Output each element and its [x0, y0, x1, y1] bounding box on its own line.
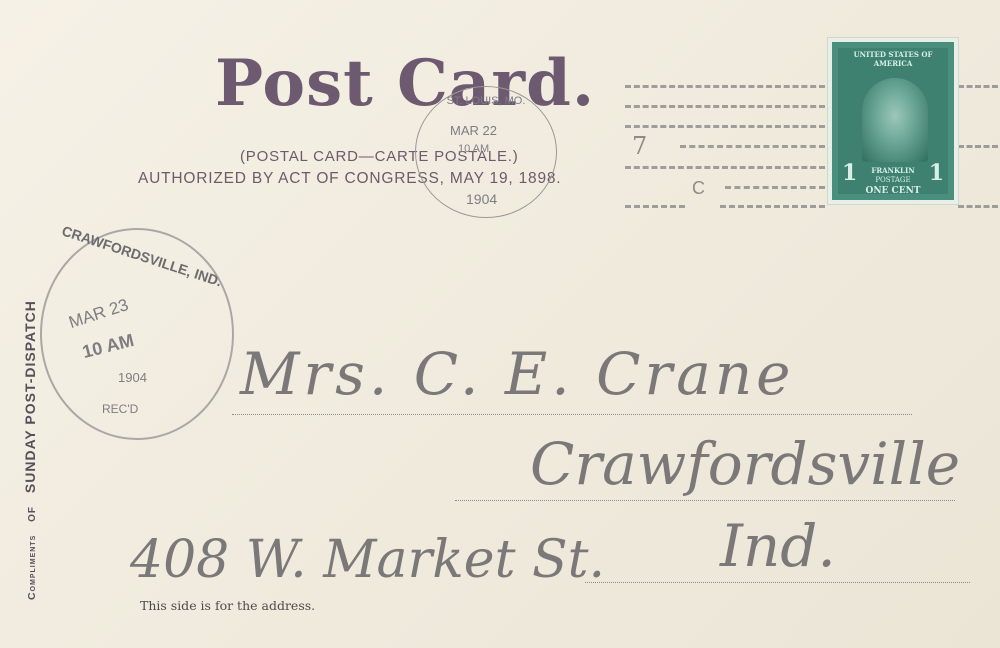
arrival-postmark-year: 1904 — [118, 370, 147, 385]
postcard: Post Card. (POSTAL CARD—CARTE POSTALE.) … — [0, 0, 1000, 648]
origin-postmark: ST. LOUIS, MO. MAR 22 10 AM 1904 — [415, 86, 557, 218]
address-city: Crawfordsville — [530, 430, 960, 498]
publisher-label: SUNDAY POST-DISPATCH — [22, 300, 38, 493]
of-label: of — [27, 506, 38, 522]
franklin-portrait-icon — [862, 78, 928, 162]
origin-postmark-time: 10 AM — [458, 143, 489, 155]
stamp-value: ONE CENT — [838, 186, 948, 196]
postal-mark-7: 7 — [632, 132, 647, 160]
cancellation-bar — [680, 145, 825, 148]
compliments-label: Compliments — [26, 535, 38, 600]
cancellation-bar — [625, 125, 825, 128]
cancellation-bar — [958, 85, 998, 88]
stamp-name: FRANKLIN — [838, 166, 948, 175]
footer-note: This side is for the address. — [140, 598, 315, 613]
arrival-postmark-time: 10 AM — [80, 330, 136, 363]
origin-postmark-date: MAR 22 — [450, 123, 497, 138]
address-line-2 — [455, 500, 955, 501]
cancellation-bar — [725, 186, 825, 189]
arrival-postmark-extra: REC'D — [102, 402, 138, 416]
address-street: 408 W. Market St. — [130, 530, 605, 590]
stamp-country: UNITED STATES OF AMERICA — [838, 50, 948, 68]
cancellation-bar — [958, 205, 998, 208]
cancellation-bar — [625, 166, 825, 169]
arrival-postmark: CRAWFORDSVILLE, IND. MAR 23 10 AM 1904 R… — [40, 228, 234, 440]
cancellation-bar — [625, 205, 685, 208]
arrival-postmark-date: MAR 23 — [66, 295, 131, 333]
origin-postmark-city: ST. LOUIS, MO. — [426, 95, 546, 107]
cancellation-bar — [958, 145, 998, 148]
postage-stamp: UNITED STATES OF AMERICA 1 1 FRANKLIN PO… — [828, 38, 958, 204]
cancellation-bar — [625, 105, 825, 108]
origin-postmark-year: 1904 — [466, 191, 497, 207]
address-state: Ind. — [720, 512, 836, 580]
postal-mark-c: C — [692, 178, 705, 199]
cancellation-bar — [720, 205, 825, 208]
address-name: Mrs. C. E. Crane — [240, 340, 795, 408]
side-compliments-text: Compliments of SUNDAY POST-DISPATCH — [22, 300, 38, 600]
cancellation-bar — [625, 85, 825, 88]
stamp-postage: POSTAGE — [838, 176, 948, 184]
address-line-1 — [232, 414, 912, 415]
address-line-3 — [585, 582, 970, 583]
arrival-postmark-city: CRAWFORDSVILLE, IND. — [54, 221, 230, 292]
